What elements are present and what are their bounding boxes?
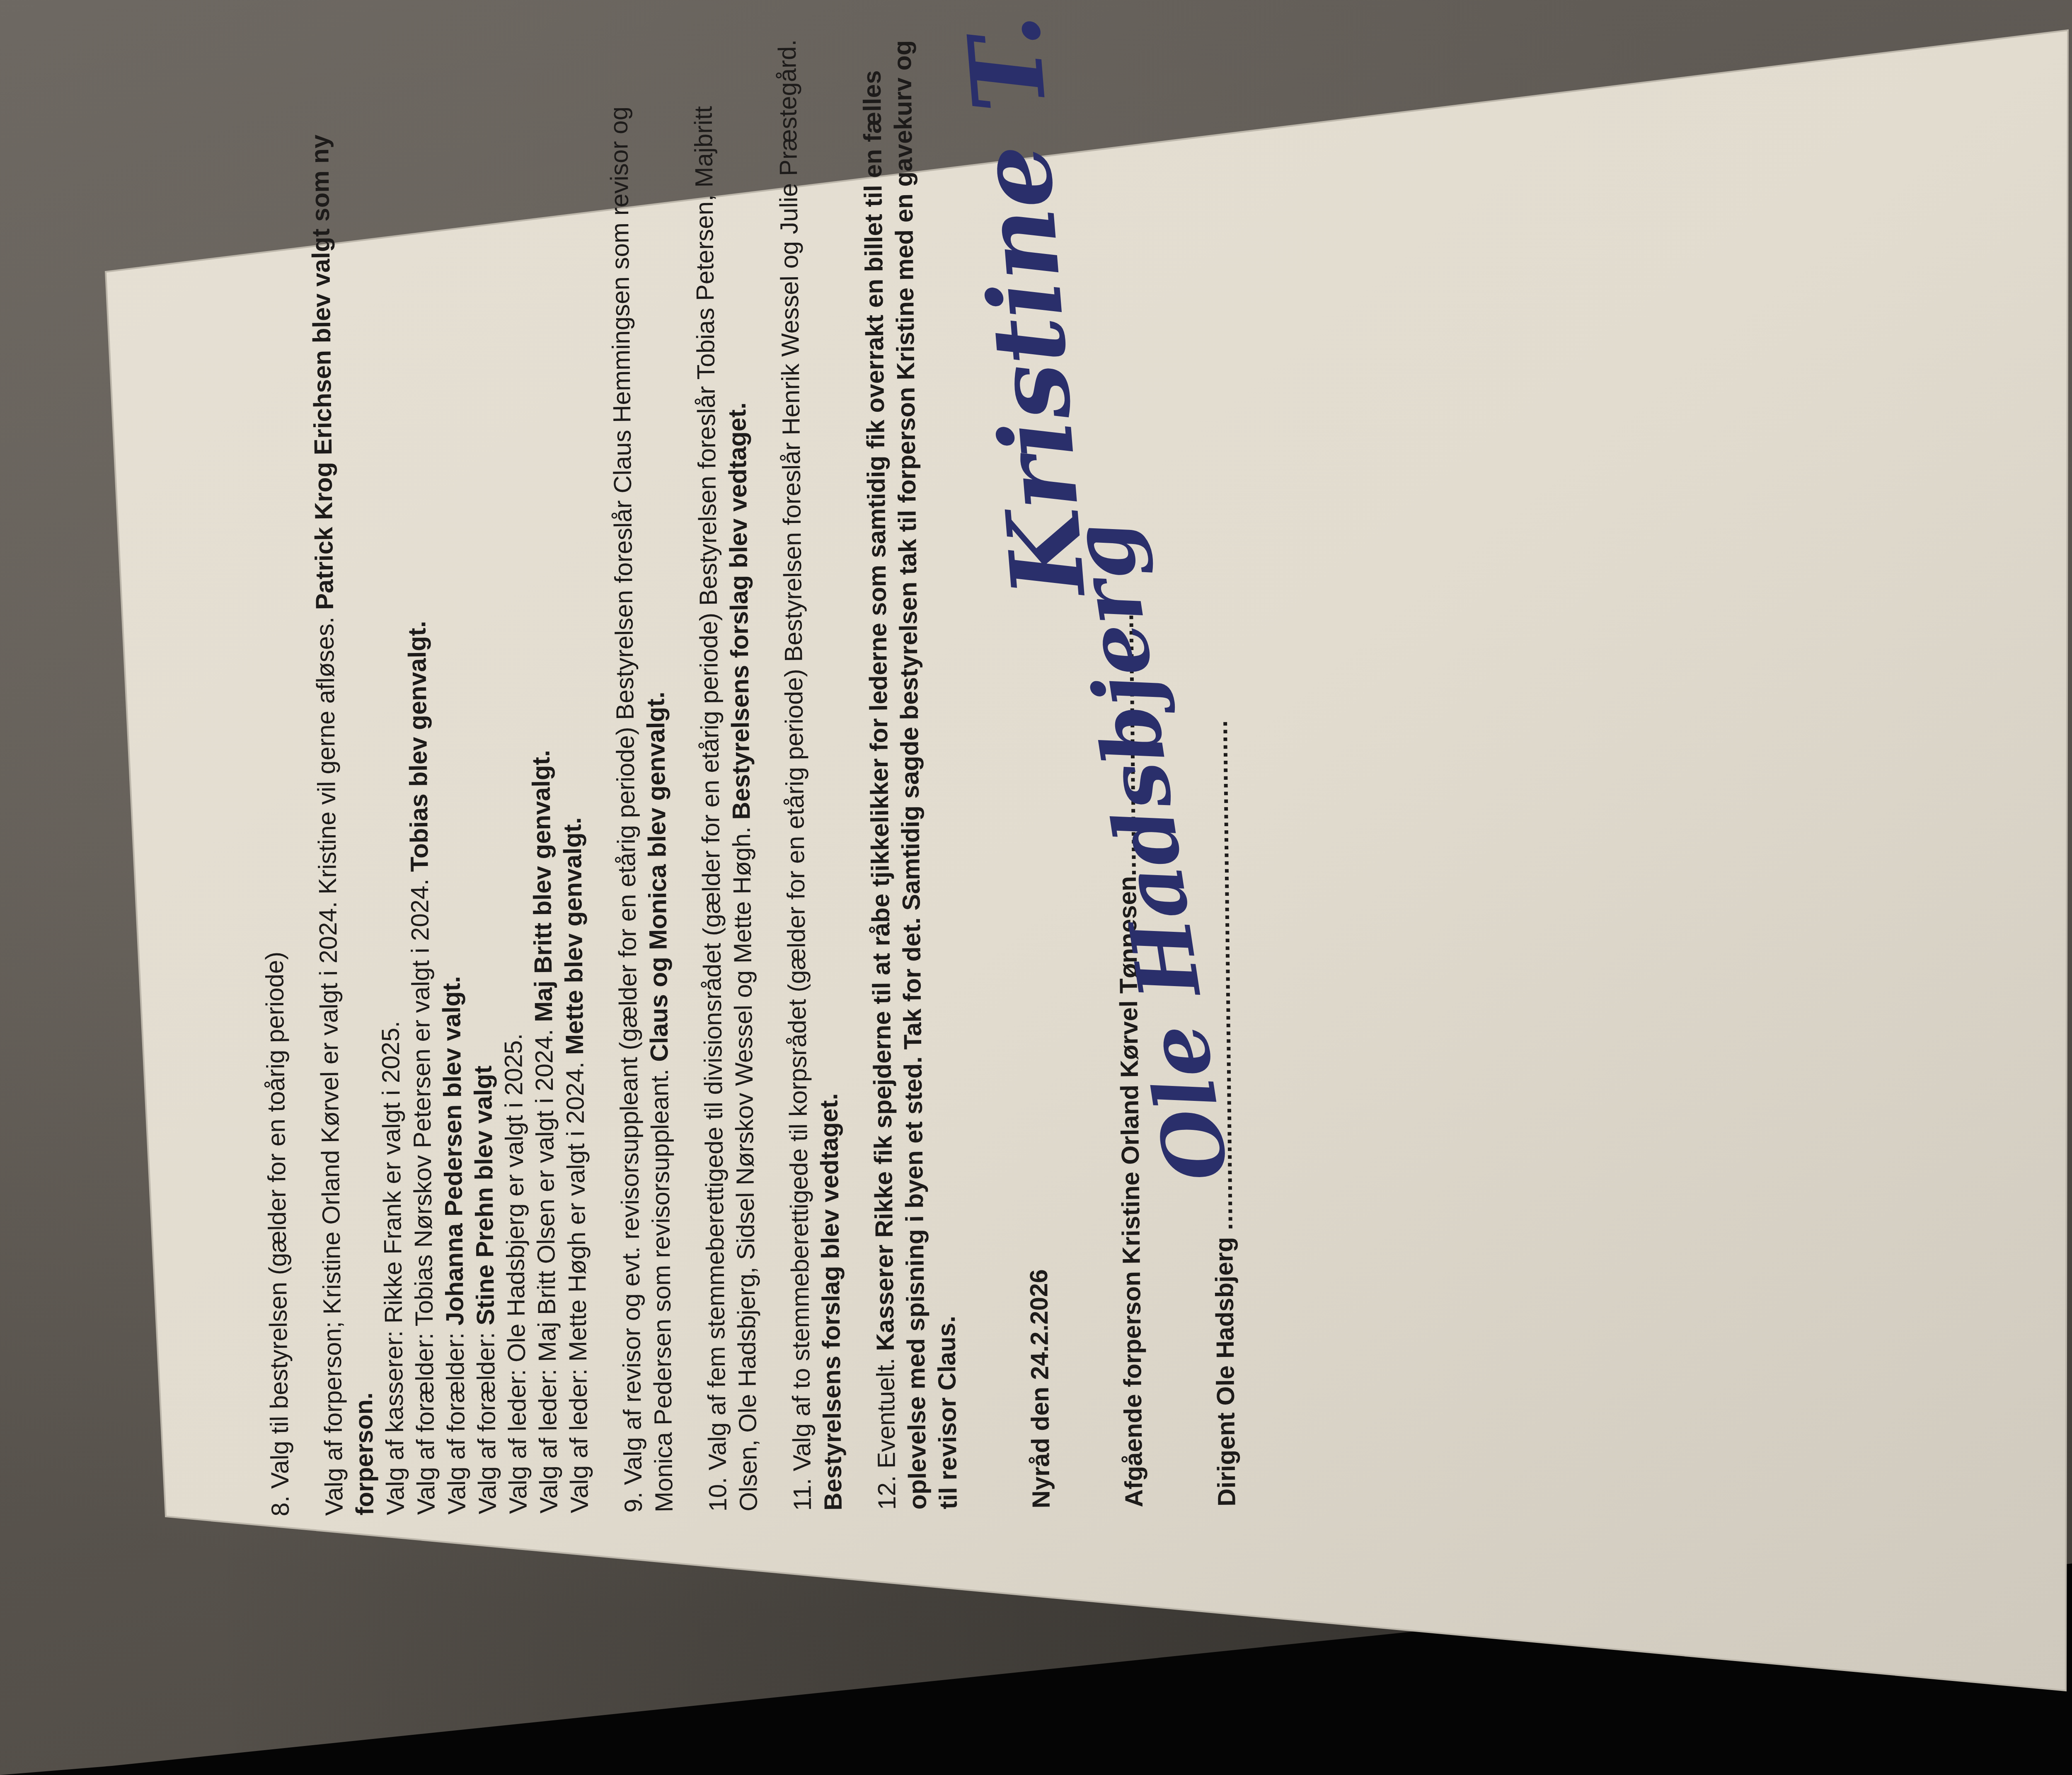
handwritten-signature-kristine: Kristine T. — [988, 15, 1065, 597]
document-body: 8. Valg til bestyrelsen (gælder for en t… — [250, 31, 1242, 1516]
section-8-list: Valg af forperson; Kristine Orland Kørve… — [304, 38, 595, 1516]
section-12: 12. Eventuelt. Kasserer Rikke fik spejde… — [857, 34, 964, 1510]
